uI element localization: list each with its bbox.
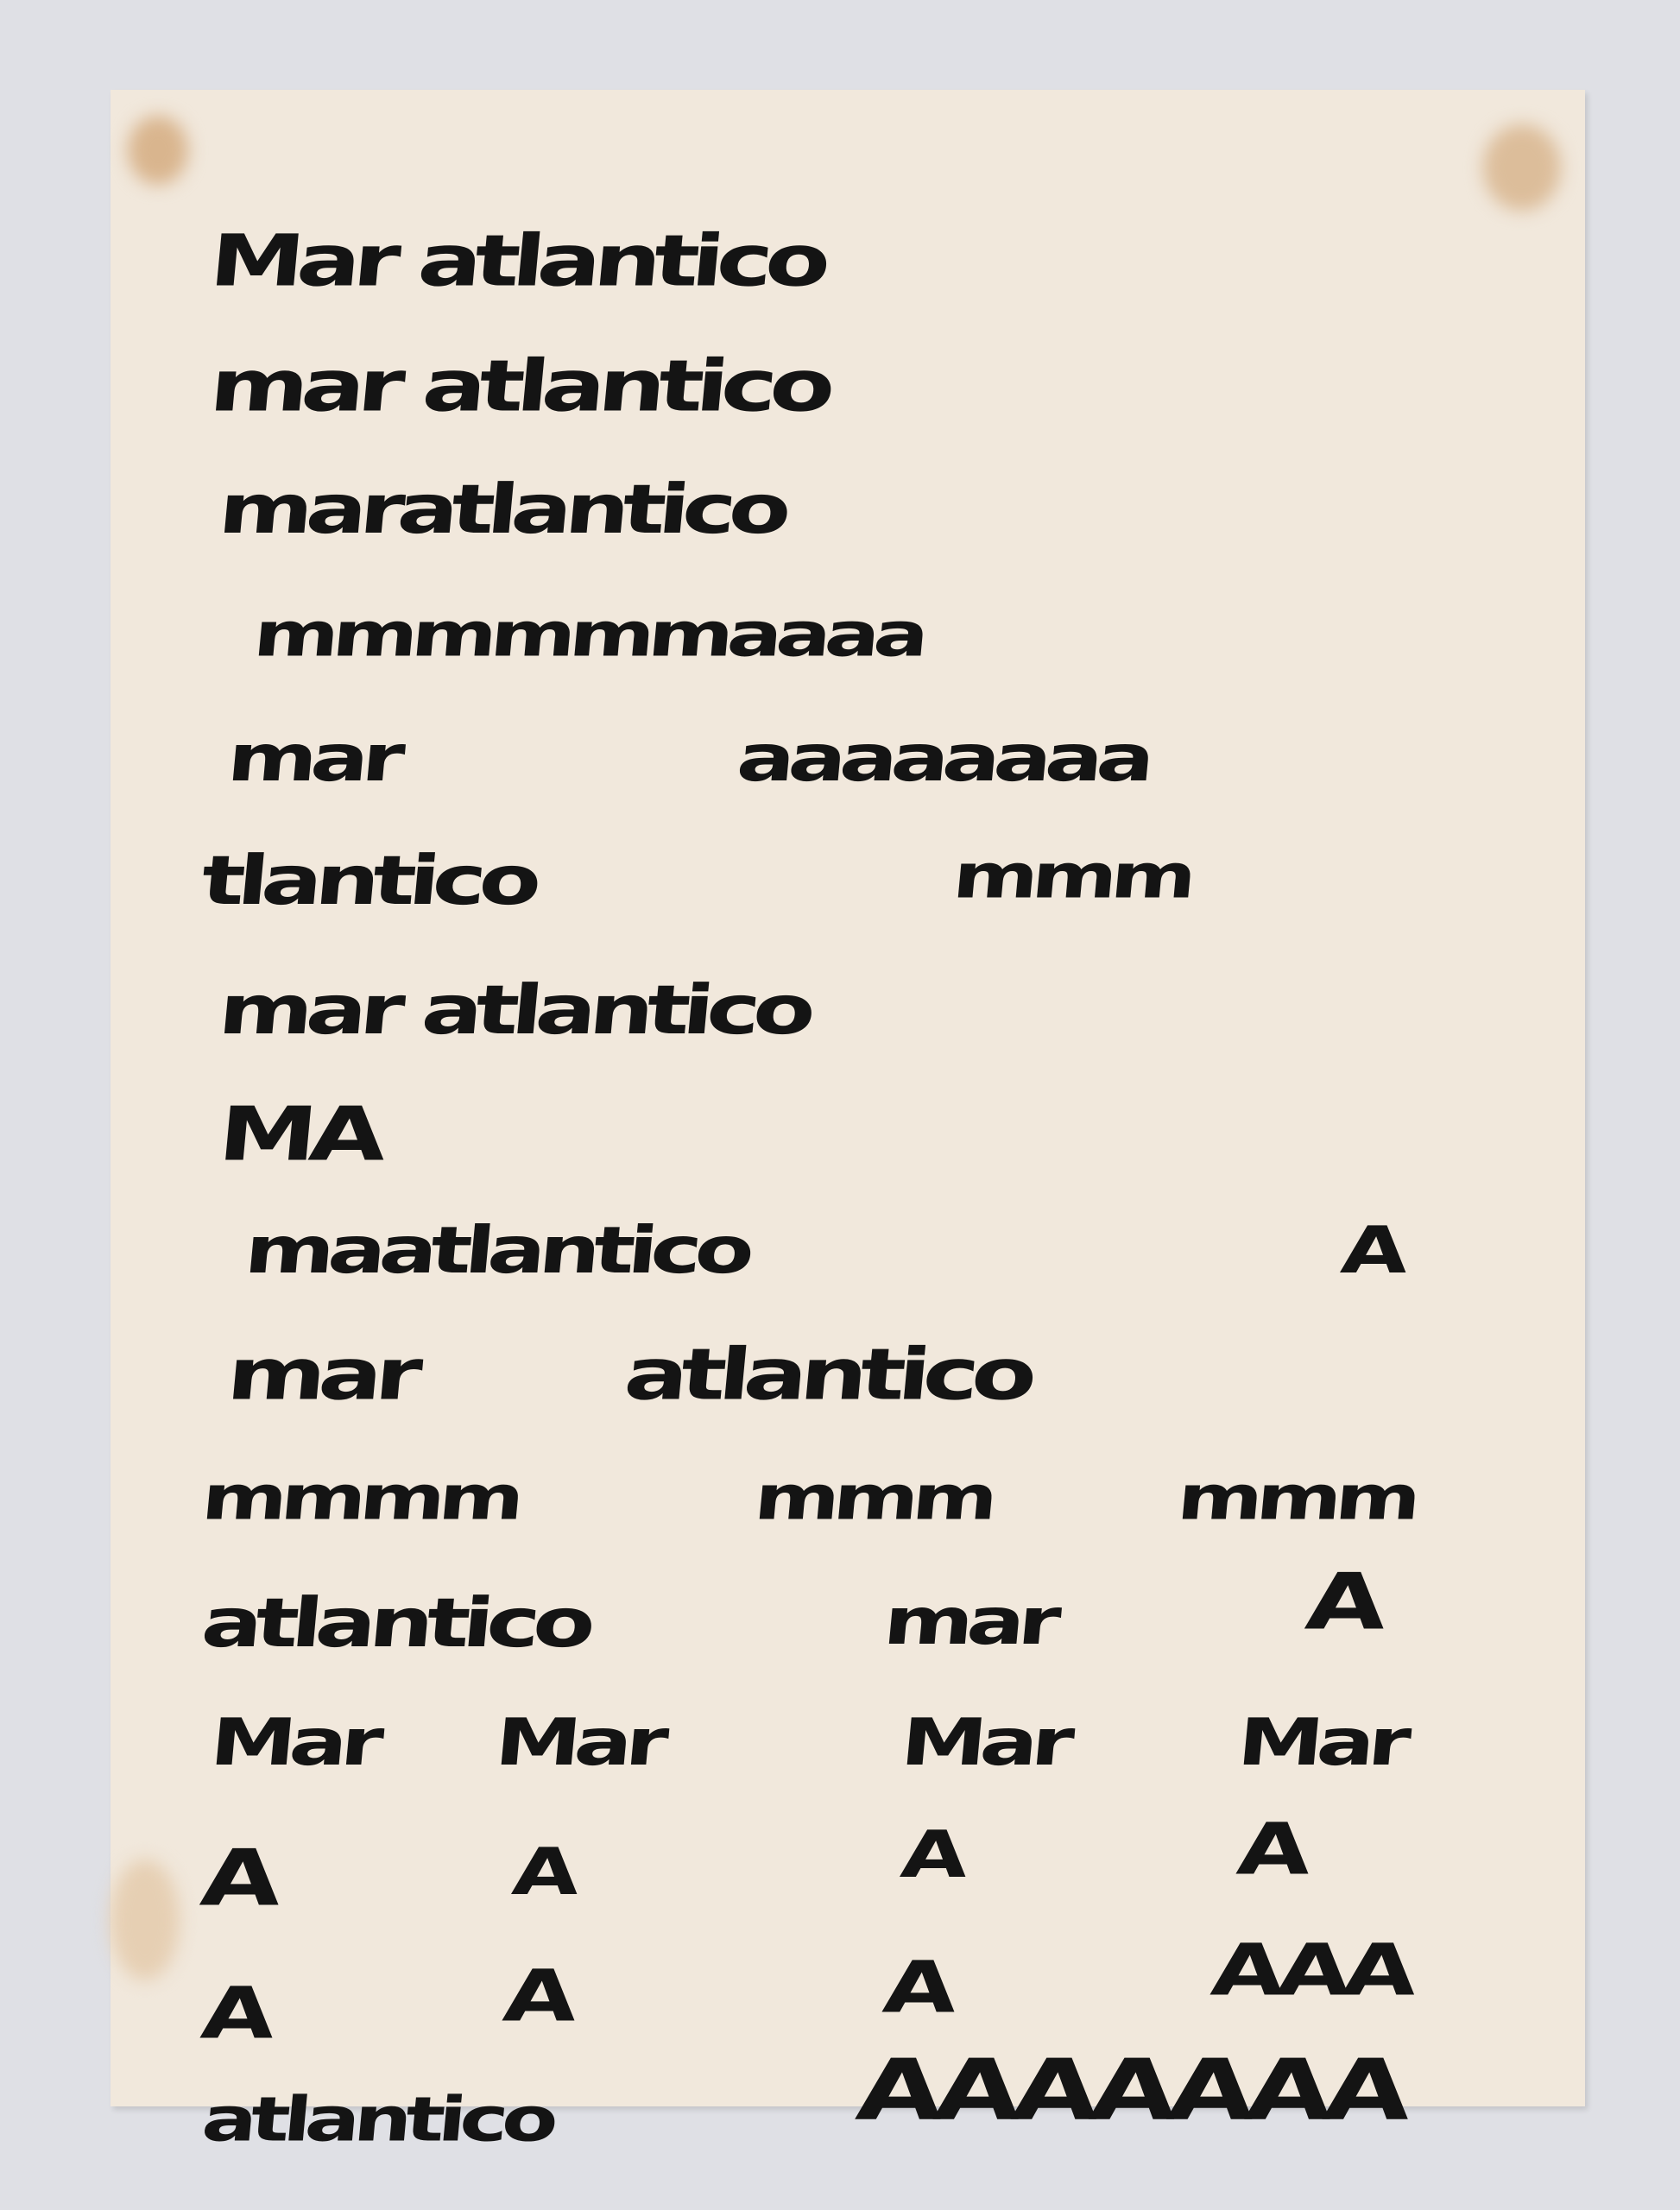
handwritten-text: A xyxy=(1234,1808,1307,1891)
handwritten-text: AAA xyxy=(1208,1929,1413,2011)
paper-stain xyxy=(111,1860,180,1980)
handwritten-text: mmm xyxy=(1174,1462,1418,1534)
handwritten-text: A xyxy=(898,1816,965,1892)
handwritten-text: Mar xyxy=(898,1704,1071,1780)
handwritten-text: mar atlantico xyxy=(215,970,812,1050)
handwritten-text: Mar atlantico xyxy=(206,219,827,302)
paper-stain xyxy=(128,116,188,185)
handwritten-text: A xyxy=(1302,1557,1382,1647)
handwritten-text: Mar xyxy=(1235,1704,1407,1780)
handwritten-text: atlantico xyxy=(198,1583,591,1663)
handwritten-text: mar atlantico xyxy=(206,344,831,427)
handwritten-text: A xyxy=(197,1834,277,1923)
handwritten-text: Mar xyxy=(207,1704,380,1780)
handwritten-text: atlantico xyxy=(199,2084,555,2156)
handwritten-text: A xyxy=(880,1946,953,2029)
handwritten-text: A xyxy=(509,1834,577,1910)
paper-sheet: Mar atlanticomar atlanticomaratlanticomm… xyxy=(111,90,1585,2106)
handwritten-text: Mar xyxy=(492,1704,665,1780)
handwritten-text: A xyxy=(1338,1212,1405,1288)
handwritten-text: mar xyxy=(224,1333,419,1416)
handwritten-text: aaaaaaaa xyxy=(734,720,1152,796)
handwritten-text: tlantico xyxy=(198,841,538,920)
handwritten-text: A xyxy=(198,1972,271,2055)
handwritten-text: mmmmmmaaaa xyxy=(250,599,925,671)
handwritten-text: mar xyxy=(224,720,401,796)
handwritten-text: AAAAAAA xyxy=(852,2041,1406,2139)
handwritten-text: mmmm xyxy=(199,1462,521,1534)
handwritten-text: maratlantico xyxy=(215,470,787,549)
handwritten-text: MA xyxy=(215,1091,382,1178)
handwritten-text: atlantico xyxy=(621,1333,1033,1416)
handwritten-text: mmm xyxy=(751,1462,995,1534)
handwritten-text: maatlantico xyxy=(242,1212,751,1288)
handwritten-text: mmm xyxy=(950,841,1193,912)
paper-stain xyxy=(1483,124,1561,211)
handwritten-text: A xyxy=(500,1954,573,2037)
handwritten-text: mar xyxy=(881,1583,1058,1659)
